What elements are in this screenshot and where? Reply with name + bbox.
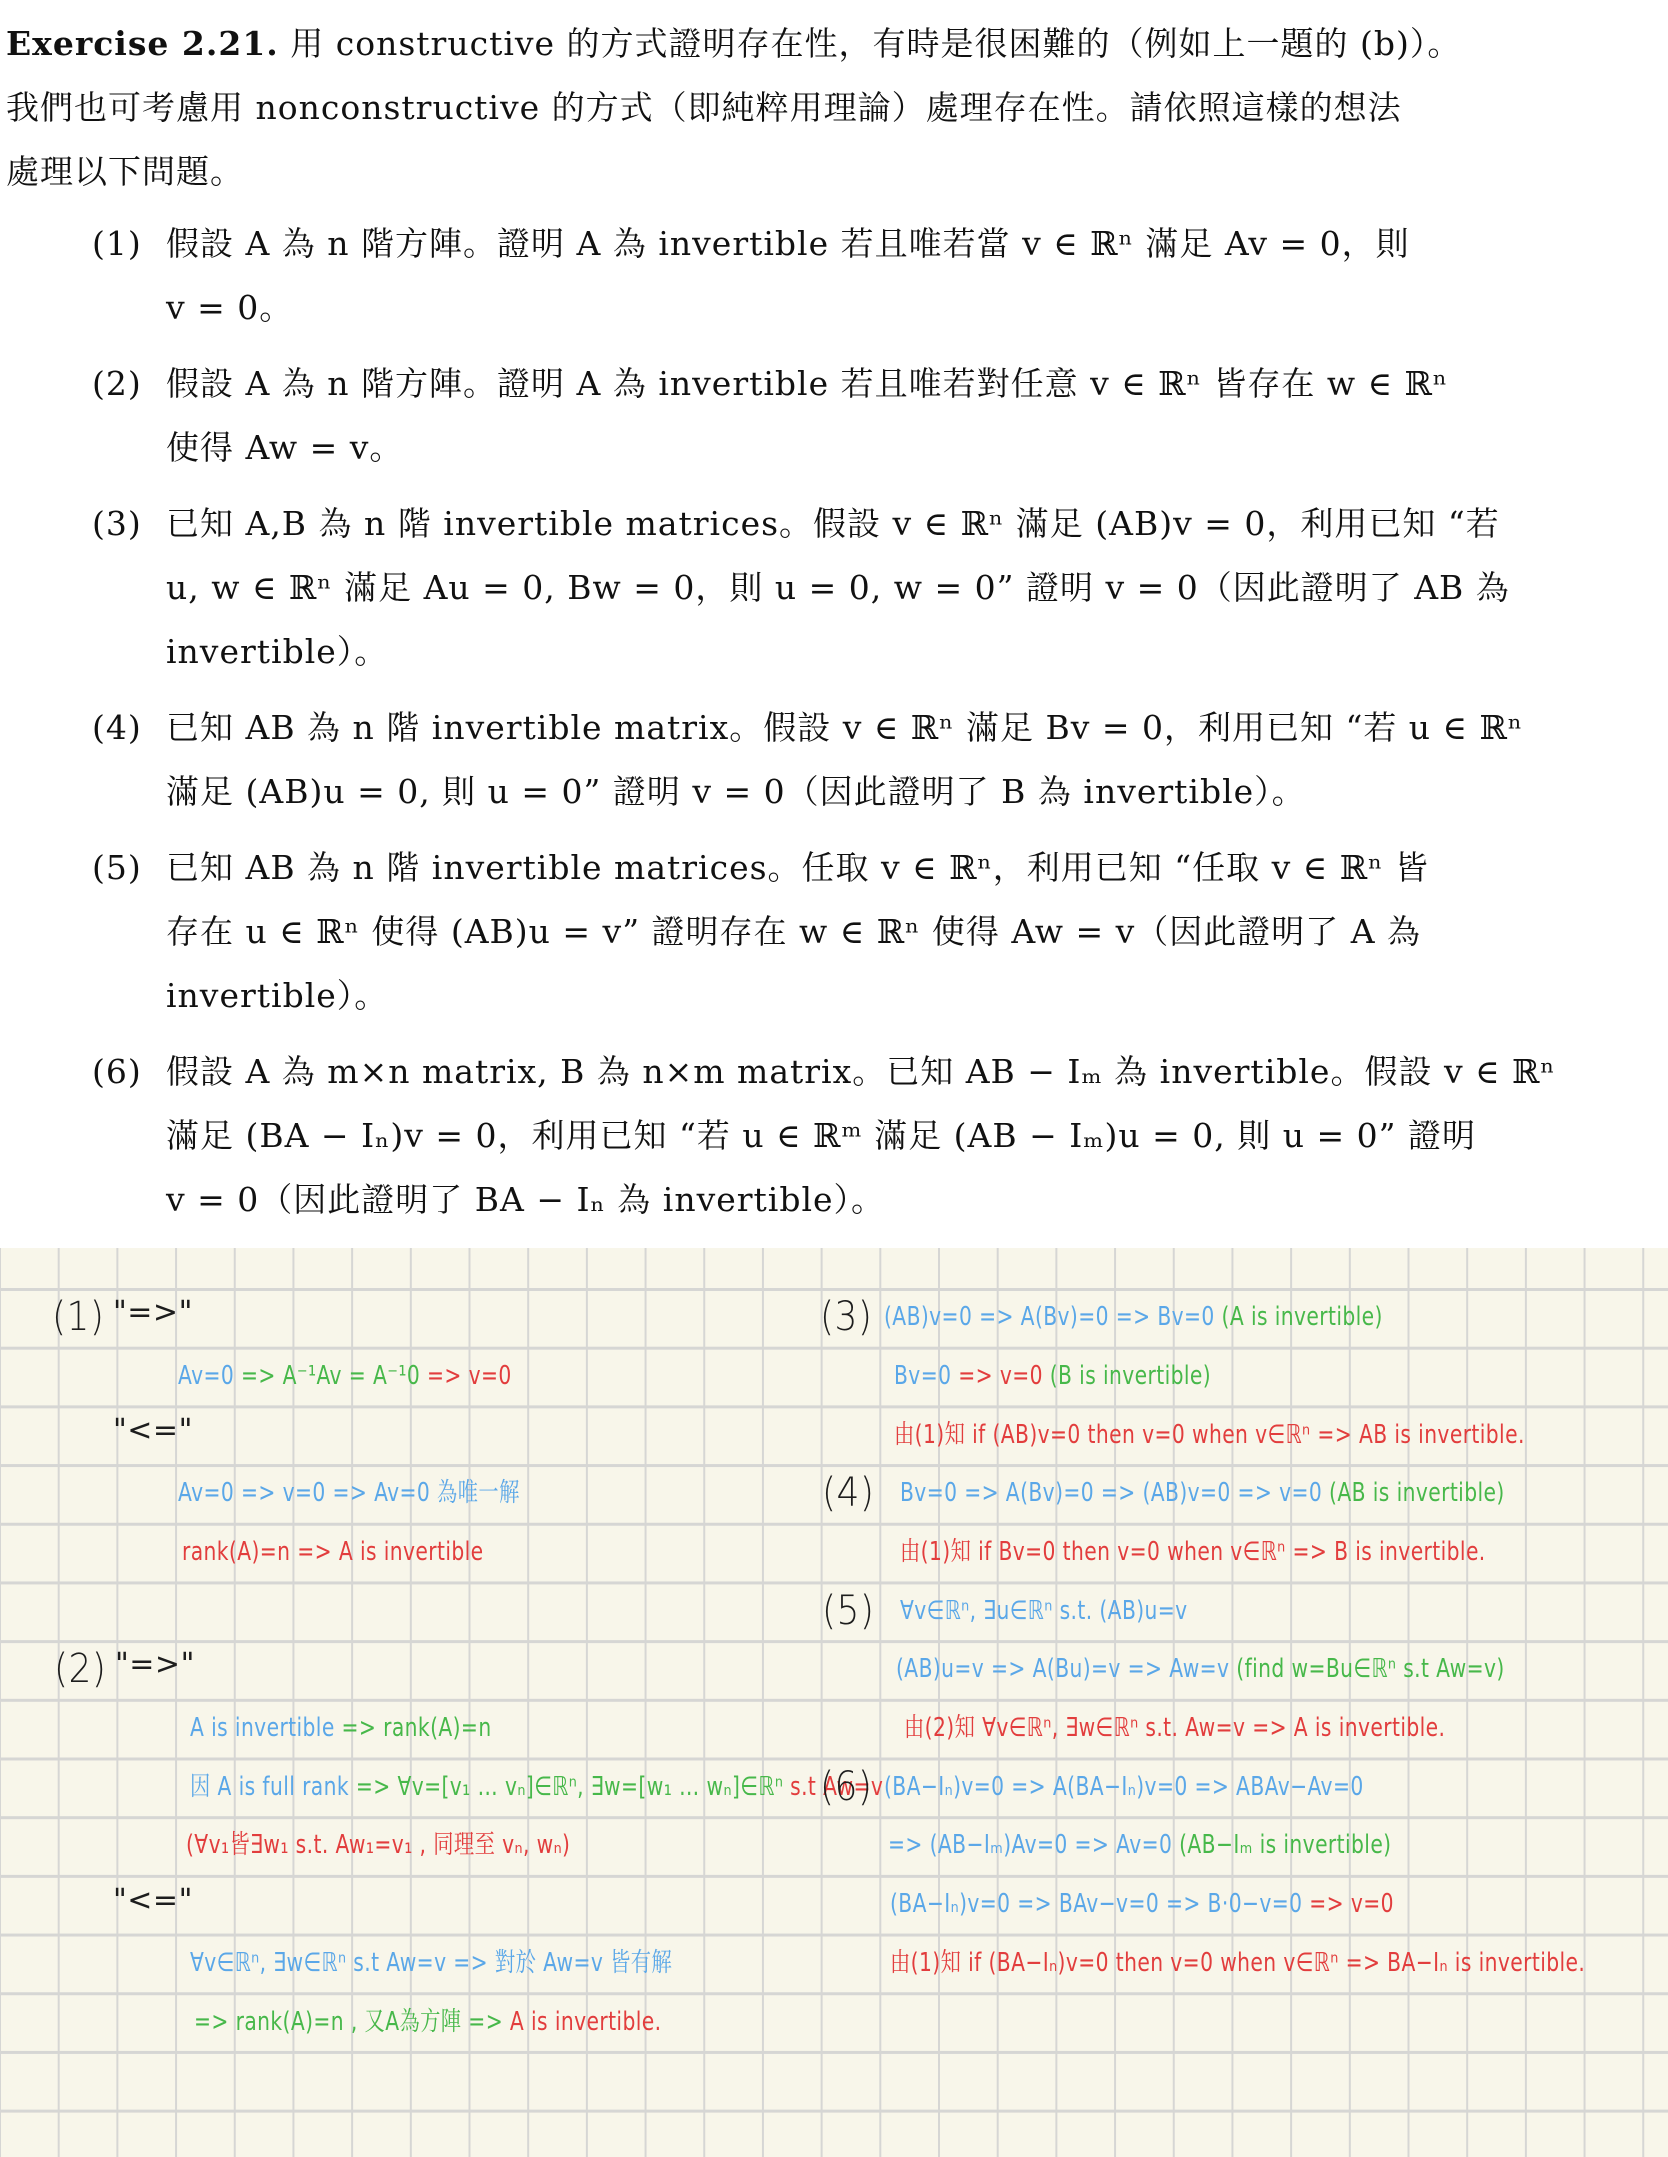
part-6-line-1: (BA−Iₙ)v=0 => A(BA−Iₙ)v=0 => ABAv−Av=0 — [884, 1758, 1364, 1816]
item-line: 已知 A,B 為 n 階 invertible matrices。假設 v ∈ … — [166, 492, 1652, 556]
part-6-label: (6) — [820, 1758, 872, 1816]
part-6-line-3: (BA−Iₙ)v=0 => BAv−v=0 => B·0−v=0 => v=0 — [890, 1875, 1394, 1933]
part-2-backward: "<=" — [113, 1872, 193, 1930]
intro-line-3: 處理以下問題。 — [6, 152, 244, 191]
part-1-label: (1) — [52, 1288, 104, 1346]
item-line: v = 0。 — [166, 276, 1652, 340]
exercise-item-2: (2) 假設 A 為 n 階方陣。證明 A 為 invertible 若且唯若對… — [92, 352, 1652, 480]
part-1-forward-line-1: Av=0 => A⁻¹Av = A⁻¹0 => v=0 — [178, 1347, 512, 1405]
part-3-line-2: Bv=0 => v=0 (B is invertible) — [894, 1347, 1211, 1405]
part-2-label: (2) — [54, 1640, 106, 1698]
item-line: u, w ∈ ℝⁿ 滿足 Au = 0, Bw = 0，則 u = 0, w =… — [166, 556, 1652, 620]
intro-line-2: 我們也可考慮用 nonconstructive 的方式（即純粹用理論）處理存在性… — [6, 88, 1402, 127]
item-number: (4) — [92, 696, 162, 760]
item-number: (1) — [92, 212, 162, 276]
item-line: 假設 A 為 n 階方陣。證明 A 為 invertible 若且唯若當 v ∈… — [166, 212, 1652, 276]
part-4-line-1: Bv=0 => A(Bv)=0 => (AB)v=0 => v=0 (AB is… — [900, 1464, 1505, 1522]
part-4-label: (4) — [822, 1464, 874, 1522]
exercise-item-4: (4) 已知 AB 為 n 階 invertible matrix。假設 v ∈… — [92, 696, 1652, 824]
item-line: invertible）。 — [166, 964, 1652, 1028]
part-6-line-2: => (AB−Iₘ)Av=0 => Av=0 (AB−Iₘ is inverti… — [888, 1816, 1391, 1874]
handwritten-notes: (1) "=>" Av=0 => A⁻¹Av = A⁻¹0 => v=0 "<=… — [0, 1248, 1668, 2157]
part-5-line-3: 由(2)知 ∀v∈ℝⁿ, ∃w∈ℝⁿ s.t. Aw=v => A is inv… — [904, 1699, 1445, 1757]
item-line: 假設 A 為 m×n matrix, B 為 n×m matrix。已知 AB … — [166, 1040, 1652, 1104]
part-2-forward: "=>" — [115, 1636, 195, 1694]
item-line: 存在 u ∈ ℝⁿ 使得 (AB)u = v” 證明存在 w ∈ ℝⁿ 使得 A… — [166, 900, 1652, 964]
item-number: (6) — [92, 1040, 162, 1104]
part-2-forward-line-2: 因 A is full rank => ∀v=[v₁ … vₙ]∈ℝⁿ, ∃w=… — [190, 1758, 883, 1816]
part-5-line-1: ∀v∈ℝⁿ, ∃u∈ℝⁿ s.t. (AB)u=v — [900, 1582, 1188, 1640]
item-line: 滿足 (AB)u = 0, 則 u = 0” 證明 v = 0（因此證明了 B … — [166, 760, 1652, 824]
intro-line-1: 用 constructive 的方式證明存在性，有時是很困難的（例如上一題的 (… — [290, 24, 1461, 63]
exercise-text: Exercise 2.21. 用 constructive 的方式證明存在性，有… — [0, 0, 1668, 1248]
part-3-label: (3) — [820, 1288, 872, 1346]
part-1-backward: "<=" — [113, 1402, 193, 1460]
item-line: 已知 AB 為 n 階 invertible matrix。假設 v ∈ ℝⁿ … — [166, 696, 1652, 760]
item-line: 使得 Aw = v。 — [166, 416, 1652, 480]
exercise-title: Exercise 2.21. — [6, 24, 279, 63]
part-3-line-1: (AB)v=0 => A(Bv)=0 => Bv=0 (A is inverti… — [884, 1288, 1383, 1346]
exercise-item-6: (6) 假設 A 為 m×n matrix, B 為 n×m matrix。已知… — [92, 1040, 1652, 1232]
exercise-item-3: (3) 已知 A,B 為 n 階 invertible matrices。假設 … — [92, 492, 1652, 684]
part-2-backward-line-1: ∀v∈ℝⁿ, ∃w∈ℝⁿ s.t Aw=v => 對於 Aw=v 皆有解 — [190, 1934, 672, 1992]
item-number: (3) — [92, 492, 162, 556]
part-1-forward: "=>" — [113, 1284, 193, 1342]
item-line: invertible）。 — [166, 620, 1652, 684]
part-2-forward-line-1: A is invertible => rank(A)=n — [190, 1699, 492, 1757]
part-2-forward-line-3: (∀v₁皆∃w₁ s.t. Aw₁=v₁ , 同理至 vₙ, wₙ) — [186, 1816, 570, 1874]
part-3-line-3: 由(1)知 if (AB)v=0 then v=0 when v∈ℝⁿ => A… — [894, 1406, 1525, 1464]
part-5-line-2: (AB)u=v => A(Bu)=v => Aw=v (find w=Bu∈ℝⁿ… — [896, 1640, 1505, 1698]
part-2-backward-line-2: => rank(A)=n , 又A為方陣 => A is invertible. — [194, 1993, 661, 2051]
item-line: 滿足 (BA − Iₙ)v = 0，利用已知 “若 u ∈ ℝᵐ 滿足 (AB … — [166, 1104, 1652, 1168]
part-5-label: (5) — [822, 1582, 874, 1640]
part-6-line-4: 由(1)知 if (BA−Iₙ)v=0 then v=0 when v∈ℝⁿ =… — [890, 1934, 1585, 1992]
exercise-item-1: (1) 假設 A 為 n 階方陣。證明 A 為 invertible 若且唯若當… — [92, 212, 1652, 340]
part-1-backward-line-2: rank(A)=n => A is invertible — [182, 1523, 484, 1581]
item-line: 假設 A 為 n 階方陣。證明 A 為 invertible 若且唯若對任意 v… — [166, 352, 1652, 416]
exercise-item-5: (5) 已知 AB 為 n 階 invertible matrices。任取 v… — [92, 836, 1652, 1028]
part-4-line-2: 由(1)知 if Bv=0 then v=0 when v∈ℝⁿ => B is… — [900, 1523, 1486, 1581]
item-line: v = 0（因此證明了 BA − Iₙ 為 invertible）。 — [166, 1168, 1652, 1232]
item-line: 已知 AB 為 n 階 invertible matrices。任取 v ∈ ℝ… — [166, 836, 1652, 900]
exercise-intro: Exercise 2.21. 用 constructive 的方式證明存在性，有… — [6, 12, 1656, 204]
item-number: (5) — [92, 836, 162, 900]
part-1-backward-line-1: Av=0 => v=0 => Av=0 為唯一解 — [178, 1464, 520, 1522]
item-number: (2) — [92, 352, 162, 416]
